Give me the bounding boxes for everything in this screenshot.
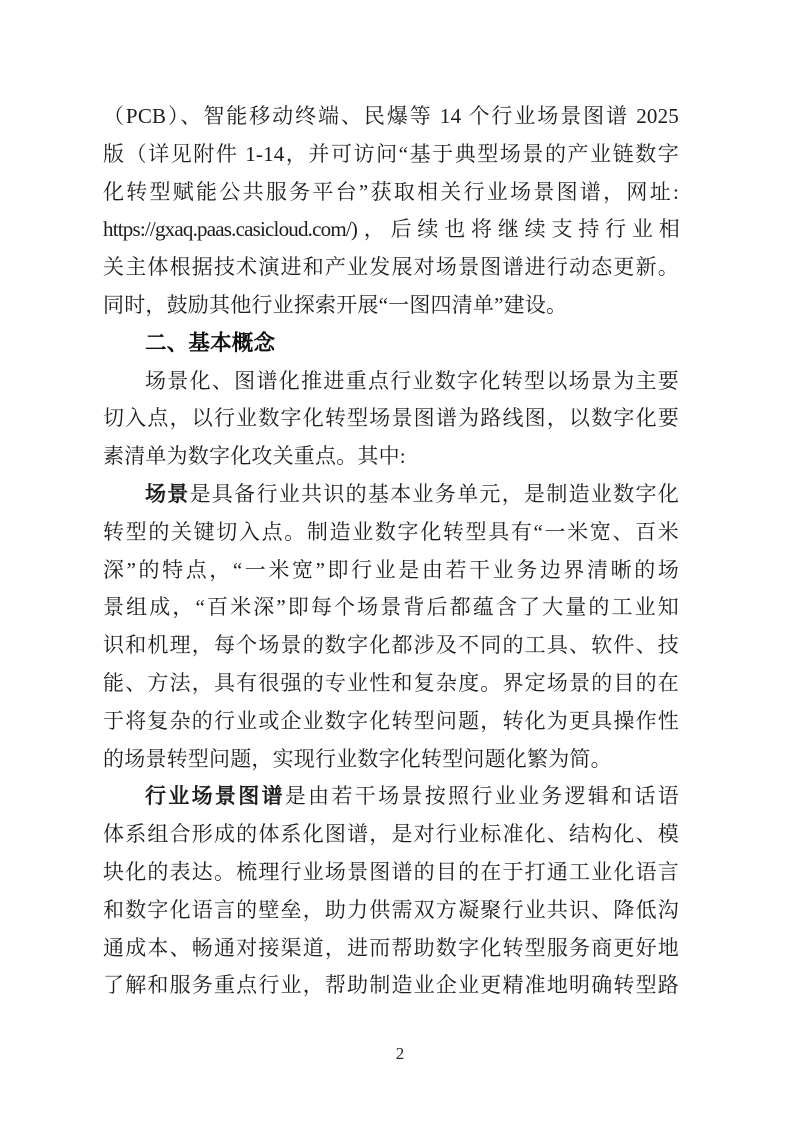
- text-line: 的场景转型问题，实现行业数字化转型问题化繁为简。: [103, 741, 679, 779]
- text-line: 转型的关键切入点。制造业数字化转型具有“一米宽、百米: [103, 514, 679, 552]
- text-line: 版（详见附件 1-14，并可访问“基于典型场景的产业链数字: [103, 136, 679, 174]
- text-line: （PCB）、智能移动终端、民爆等 14 个行业场景图谱 2025: [103, 98, 679, 136]
- text-line: 深”的特点，“一米宽”即行业是由若干业务边界清晰的场: [103, 552, 679, 590]
- text-line: 关主体根据技术演进和产业发展对场景图谱进行动态更新。: [103, 249, 679, 287]
- text-line: 识和机理，每个场景的数字化都涉及不同的工具、软件、技: [103, 627, 679, 665]
- text-line: 化转型赋能公共服务平台”获取相关行业场景图谱，网址:: [103, 174, 679, 212]
- text-line: 能、方法，具有很强的专业性和复杂度。界定场景的目的在: [103, 665, 679, 703]
- text-line: 同时，鼓励其他行业探索开展“一图四清单”建设。: [103, 287, 679, 325]
- text-line: 景组成，“百米深”即每个场景背后都蕴含了大量的工业知: [103, 589, 679, 627]
- document-body: （PCB）、智能移动终端、民爆等 14 个行业场景图谱 2025 版（详见附件 …: [103, 98, 679, 1005]
- text-line: 块化的表达。梳理行业场景图谱的目的在于打通工业化语言: [103, 854, 679, 892]
- term-bold-lead: 行业场景图谱: [145, 784, 285, 808]
- text-line-rest: 是由若干场景按照行业业务逻辑和话语: [285, 784, 679, 808]
- text-line: 和数字化语言的壁垒，助力供需双方凝聚行业共识、降低沟: [103, 892, 679, 930]
- text-line: 场景是具备行业共识的基本业务单元，是制造业数字化: [103, 476, 679, 514]
- document-page: （PCB）、智能移动终端、民爆等 14 个行业场景图谱 2025 版（详见附件 …: [0, 0, 800, 1131]
- section-heading: 二、基本概念: [103, 325, 679, 363]
- text-line: 场景化、图谱化推进重点行业数字化转型以场景为主要: [103, 363, 679, 401]
- text-line: 体系组合形成的体系化图谱，是对行业标准化、结构化、模: [103, 816, 679, 854]
- text-line: 于将复杂的行业或企业数字化转型问题，转化为更具操作性: [103, 703, 679, 741]
- text-line: 切入点，以行业数字化转型场景图谱为路线图，以数字化要: [103, 400, 679, 438]
- text-line: 素清单为数字化攻关重点。其中:: [103, 438, 679, 476]
- text-line-rest: 是具备行业共识的基本业务单元，是制造业数字化: [190, 482, 679, 506]
- text-line-url: https://gxaq.paas.casicloud.com/)，后续也将继续…: [103, 211, 679, 249]
- text-line: 了解和服务重点行业，帮助制造业企业更精准地明确转型路: [103, 967, 679, 1005]
- term-bold-lead: 场景: [145, 482, 190, 506]
- page-number: 2: [0, 1040, 800, 1068]
- text-line: 通成本、畅通对接渠道，进而帮助数字化转型服务商更好地: [103, 930, 679, 968]
- text-line: 行业场景图谱是由若干场景按照行业业务逻辑和话语: [103, 778, 679, 816]
